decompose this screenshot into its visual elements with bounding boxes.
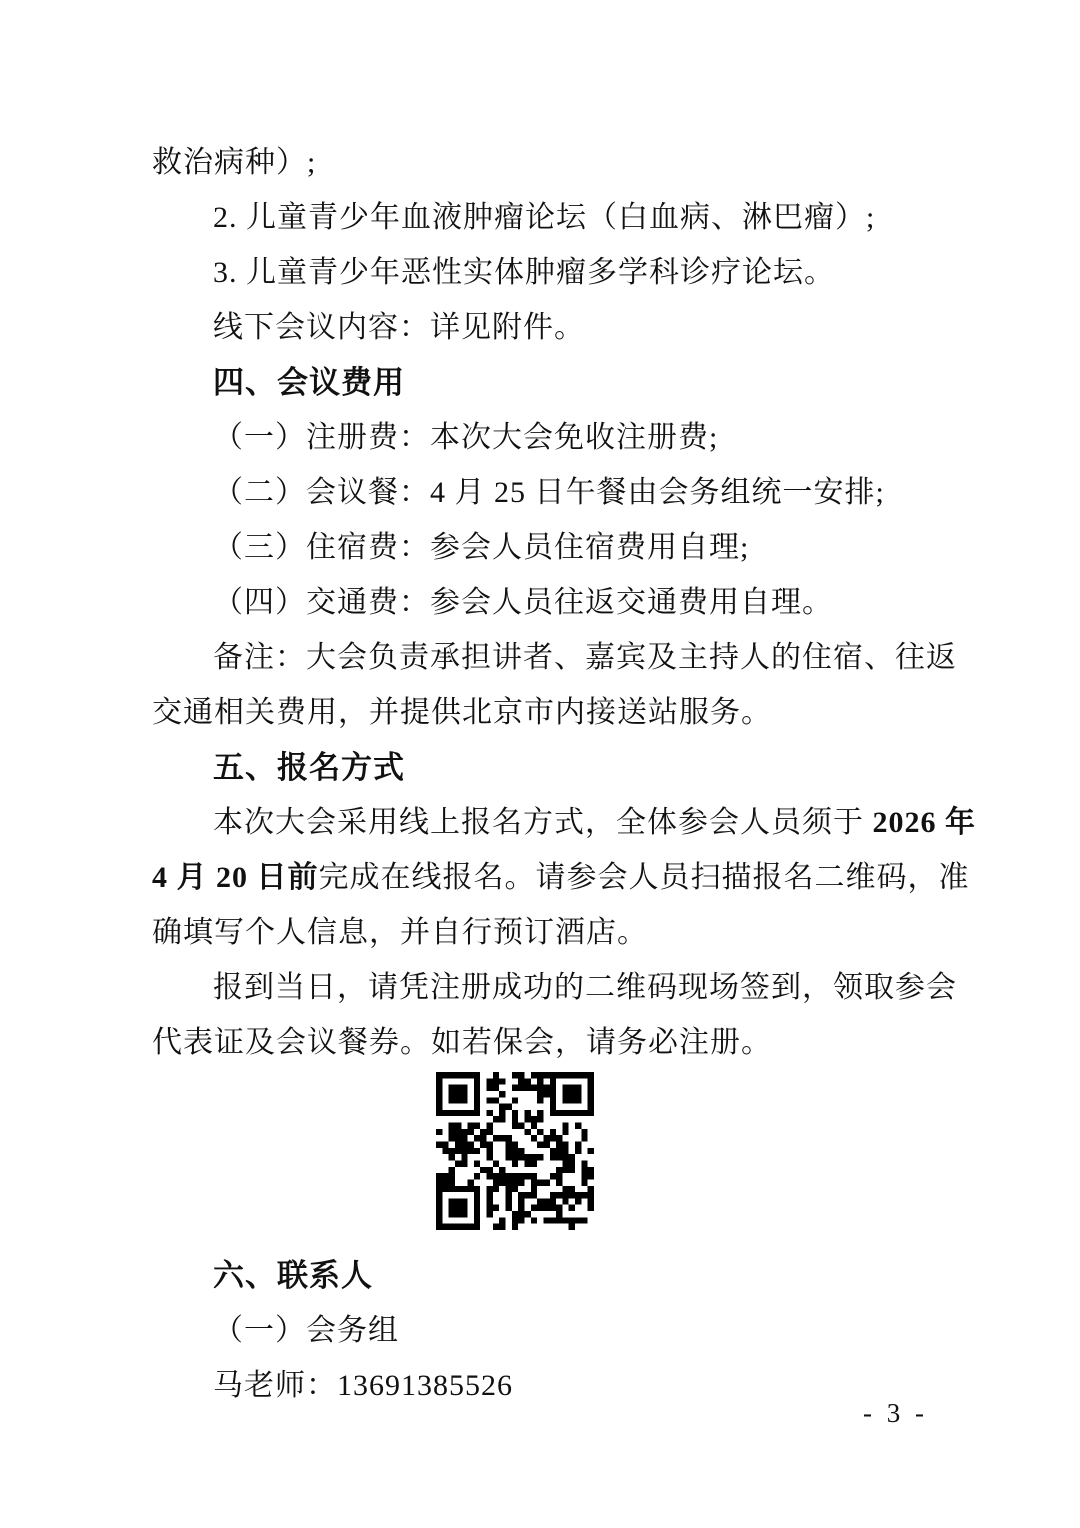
fee-item-hotel: （三）住宿费：参会人员住宿费用自理; xyxy=(152,520,934,575)
offline-content-note: 线下会议内容：详见附件。 xyxy=(152,300,934,355)
checkin-para-line-2: 代表证及会议餐券。如若保会，请务必注册。 xyxy=(152,1015,934,1070)
registration-deadline-year-bold: 2026 年 xyxy=(873,806,977,839)
registration-qr-code xyxy=(436,1072,594,1230)
fee-note-line-2: 交通相关费用，并提供北京市内接送站服务。 xyxy=(152,685,934,740)
fee-item-meal: （二）会议餐：4 月 25 日午餐由会务组统一安排; xyxy=(152,465,934,520)
carryover-line: 救治病种）; xyxy=(152,135,934,190)
contact-group-heading: （一）会务组 xyxy=(152,1303,934,1358)
registration-para-line-2: 4 月 20 日前完成在线报名。请参会人员扫描报名二维码，准 xyxy=(152,850,934,905)
registration-para-line-3: 确填写个人信息，并自行预订酒店。 xyxy=(152,905,934,960)
agenda-item-2: 2. 儿童青少年血液肿瘤论坛（白血病、淋巴瘤）; xyxy=(152,190,934,245)
contact-phone-line: 马老师：13691385526 xyxy=(152,1358,934,1413)
registration-para-line-2-regular: 完成在线报名。请参会人员扫描报名二维码，准 xyxy=(319,861,970,894)
section4-heading: 四、会议费用 xyxy=(152,355,934,410)
section5-heading: 五、报名方式 xyxy=(152,740,934,795)
fee-item-registration: （一）注册费：本次大会免收注册费; xyxy=(152,410,934,465)
registration-para-line-1-regular: 本次大会采用线上报名方式，全体参会人员须于 xyxy=(213,806,873,839)
document-body: 救治病种）; 2. 儿童青少年血液肿瘤论坛（白血病、淋巴瘤）; 3. 儿童青少年… xyxy=(152,135,934,1413)
section6-heading: 六、联系人 xyxy=(152,1248,934,1303)
registration-para-line-1: 本次大会采用线上报名方式，全体参会人员须于 2026 年 xyxy=(152,795,934,850)
page-number: - 3 - xyxy=(863,1398,928,1429)
agenda-item-3: 3. 儿童青少年恶性实体肿瘤多学科诊疗论坛。 xyxy=(152,245,934,300)
fee-item-transport: （四）交通费：参会人员往返交通费用自理。 xyxy=(152,575,934,630)
checkin-para-line-1: 报到当日，请凭注册成功的二维码现场签到，领取参会 xyxy=(152,960,934,1015)
registration-deadline-date-bold: 4 月 20 日前 xyxy=(152,861,319,894)
registration-qr-section xyxy=(152,1072,934,1232)
document-page: 救治病种）; 2. 儿童青少年血液肿瘤论坛（白血病、淋巴瘤）; 3. 儿童青少年… xyxy=(0,0,1080,1528)
fee-note-line-1: 备注：大会负责承担讲者、嘉宾及主持人的住宿、往返 xyxy=(152,630,934,685)
